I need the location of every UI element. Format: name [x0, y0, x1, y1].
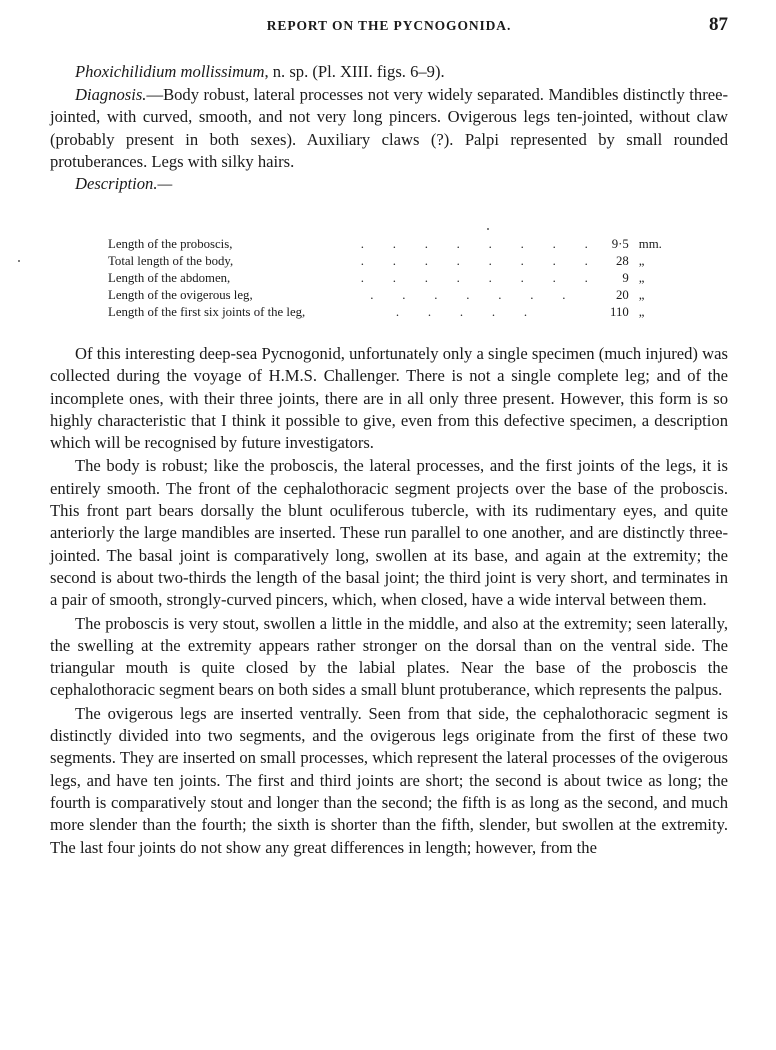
measurement-unit: „	[639, 287, 668, 304]
leader-dots: . . . . . . . .	[361, 236, 595, 253]
running-header: REPORT ON THE PYCNOGONIDA. 87	[50, 14, 728, 36]
table-row: Length of the abdomen, . . . . . . . . 9…	[108, 270, 668, 287]
paragraph-ovigerous-legs: The ovigerous legs are inserted ventrall…	[50, 703, 728, 859]
paragraph-body: The body is robust; like the proboscis, …	[50, 455, 728, 611]
table-row: Total length of the body, . . . . . . . …	[108, 253, 668, 270]
measurement-value: 110	[595, 304, 639, 321]
diagnosis-text: —Body robust, lateral processes not very…	[50, 85, 728, 171]
measurement-label: Length of the proboscis,	[108, 236, 361, 253]
leader-dots: . . . . . . . .	[361, 253, 595, 270]
measurement-value: 9	[595, 270, 639, 287]
body-text: Of this interesting deep-sea Pycnogonid,…	[50, 343, 728, 859]
leader-dots: . . . . .	[361, 304, 595, 321]
paragraph-specimen: Of this interesting deep-sea Pycnogonid,…	[50, 343, 728, 454]
species-heading: Phoxichilidium mollissimum, n. sp. (Pl. …	[75, 62, 445, 82]
measurement-unit: „	[639, 304, 668, 321]
document-page: REPORT ON THE PYCNOGONIDA. 87 Phoxichili…	[0, 0, 776, 1050]
measurement-unit: „	[639, 270, 668, 287]
description-label: Description.—	[75, 174, 172, 194]
running-title: REPORT ON THE PYCNOGONIDA.	[50, 18, 728, 34]
measurement-unit: mm.	[639, 236, 668, 253]
species-name: Phoxichilidium mollissimum	[75, 62, 264, 81]
page-number: 87	[709, 14, 728, 36]
measurement-label: Length of the abdomen,	[108, 270, 361, 287]
measurement-label: Total length of the body,	[108, 253, 361, 270]
diagnosis-paragraph: Diagnosis.—Body robust, lateral processe…	[50, 84, 728, 173]
table-row: Length of the proboscis, . . . . . . . .…	[108, 236, 668, 253]
scan-speck	[18, 260, 20, 262]
table-row: Length of the first six joints of the le…	[108, 304, 668, 321]
species-suffix: , n. sp. (Pl. XIII. figs. 6–9).	[264, 62, 444, 81]
paragraph-proboscis: The proboscis is very stout, swollen a l…	[50, 613, 728, 702]
table-row: Length of the ovigerous leg, . . . . . .…	[108, 287, 668, 304]
measurement-value: 20	[595, 287, 639, 304]
measurements-table: Length of the proboscis, . . . . . . . .…	[108, 236, 668, 321]
measurement-label: Length of the ovigerous leg,	[108, 287, 361, 304]
measurement-unit: „	[639, 253, 668, 270]
measurement-label: Length of the first six joints of the le…	[108, 304, 361, 321]
scan-speck	[487, 228, 489, 230]
measurement-value: 9·5	[595, 236, 639, 253]
leader-dots: . . . . . . . .	[361, 270, 595, 287]
diagnosis-label: Diagnosis.	[75, 85, 146, 104]
measurement-value: 28	[595, 253, 639, 270]
leader-dots: . . . . . . .	[361, 287, 595, 304]
diagnosis-section: Diagnosis.—Body robust, lateral processe…	[50, 84, 728, 173]
